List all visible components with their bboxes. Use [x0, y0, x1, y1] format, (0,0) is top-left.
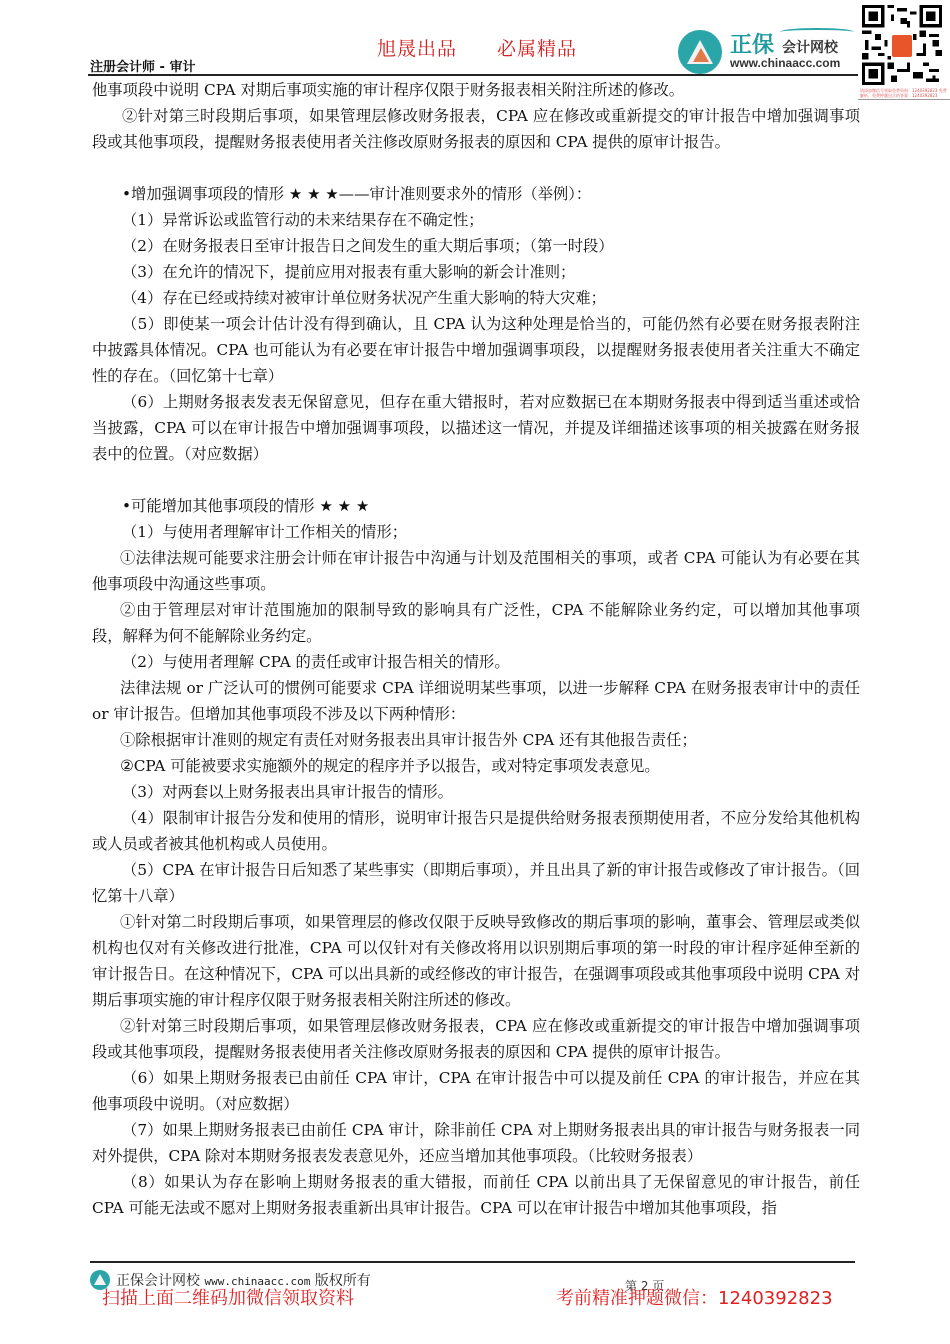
qr-code-icon[interactable]	[862, 5, 942, 85]
document-title: 注册会计师 - 审计	[90, 56, 195, 75]
list-item: （3）在允许的情况下，提前应用对报表有重大影响的新会计准则；	[92, 259, 860, 285]
footer-divider	[90, 1261, 855, 1263]
list-item: （2）在财务报表日至审计报告日之间发生的重大期后事项；（第一时段）	[92, 233, 860, 259]
list-item: （8）如果认为存在影响上期财务报表的重大错报，而前任 CPA 以前出具了无保留意…	[92, 1169, 860, 1221]
list-item: （5）CPA 在审计报告日后知悉了某些事实（即期后事项），并且出具了新的审计报告…	[92, 857, 860, 909]
list-item: ②CPA 可能被要求实施额外的规定的程序并予以报告，或对特定事项发表意见。	[92, 753, 860, 779]
list-item: （6）如果上期财务报表已由前任 CPA 审计，CPA 在审计报告中可以提及前任 …	[92, 1065, 860, 1117]
document-page: 旭晟出品 必属精品 注册会计师 - 审计 正保 会计网校 www.chinaac…	[0, 0, 950, 1344]
star-rating-icon: ★ ★ ★	[289, 185, 339, 203]
spacer	[92, 467, 860, 493]
list-item: （7）如果上期财务报表已由前任 CPA 审计，除非前任 CPA 对上期财务报表出…	[92, 1117, 860, 1169]
list-item: （4）存在已经或持续对被审计单位财务状况产生重大影响的特大灾难；	[92, 285, 860, 311]
logo-url[interactable]: www.chinaacc.com	[730, 56, 840, 70]
list-item: （4）限制审计报告分发和使用的情形，说明审计报告只是提供给财务报表预期使用者，不…	[92, 805, 860, 857]
section-heading-other-matter: •可能增加其他事项段的情形 ★ ★ ★	[92, 493, 860, 519]
list-item: （1）与使用者理解审计工作相关的情形；	[92, 519, 860, 545]
qr-center-badge	[892, 35, 912, 57]
qr-caption: 请添加微信号领取免费资料：1240392823 免费解析，免费押题包含的答案：1…	[860, 88, 948, 98]
list-item: （6）上期财务报表发表无保留意见，但存在重大错报时，若对应数据已在本期财务报表中…	[92, 389, 860, 467]
logo-emblem-icon	[678, 30, 722, 74]
list-item: ①针对第二时段期后事项，如果管理层的修改仅限于反映导致修改的期后事项的影响，董事…	[92, 909, 860, 1013]
list-item: 法律法规 or 广泛认可的惯例可能要求 CPA 详细说明某些事项，以进一步解释 …	[92, 675, 860, 727]
header-slogan-right: 必属精品	[497, 34, 577, 61]
spacer	[92, 155, 860, 181]
heading-text: •增加强调事项段的情形	[122, 185, 284, 203]
paragraph-third-period: ②针对第三时段期后事项，如果管理层修改财务报表，CPA 应在修改或重新提交的审计…	[92, 103, 860, 155]
list-item: （3）对两套以上财务报表出具审计报告的情形。	[92, 779, 860, 805]
list-item: ②由于管理层对审计范围施加的限制导致的影响具有广泛性，CPA 不能解除业务约定，…	[92, 597, 860, 649]
star-rating-icon: ★ ★ ★	[319, 497, 369, 515]
list-item: （2）与使用者理解 CPA 的责任或审计报告相关的情形。	[92, 649, 860, 675]
list-item: （1）异常诉讼或监管行动的未来结果存在不确定性；	[92, 207, 860, 233]
list-item: ②针对第三时段期后事项，如果管理层修改财务报表，CPA 应在修改或重新提交的审计…	[92, 1013, 860, 1065]
list-item: ①法律法规可能要求注册会计师在审计报告中沟通与计划及范围相关的事项，或者 CPA…	[92, 545, 860, 597]
logo-arc-decoration	[780, 28, 854, 36]
heading-text: •可能增加其他事项段的情形	[122, 497, 315, 515]
section-heading-emphasis-matter: •增加强调事项段的情形 ★ ★ ★——审计准则要求外的情形（举例）：	[92, 181, 860, 207]
heading-suffix: ——审计准则要求外的情形（举例）：	[339, 185, 591, 203]
logo-name: 正保	[730, 28, 774, 59]
paragraph-continuation: 他事项段中说明 CPA 对期后事项实施的审计程序仅限于财务报表相关附注所述的修改…	[92, 77, 860, 103]
logo-subtitle: 会计网校	[782, 37, 838, 57]
list-item: ①除根据审计准则的规定有责任对财务报表出具审计报告外 CPA 还有其他报告责任；	[92, 727, 860, 753]
document-body: 他事项段中说明 CPA 对期后事项实施的审计程序仅限于财务报表相关附注所述的修改…	[92, 77, 860, 1221]
qr-divider	[858, 99, 950, 100]
promo-text-right: 考前精准押题微信：1240392823	[556, 1284, 833, 1310]
list-item: （5）即使某一项会计估计没有得到确认，且 CPA 认为这种处理是恰当的，可能仍然…	[92, 311, 860, 389]
chinaacc-logo[interactable]: 正保 会计网校 www.chinaacc.com	[678, 28, 858, 76]
header-slogan-left: 旭晟出品	[377, 34, 457, 61]
promo-text-left: 扫描上面二维码加微信领取资料	[102, 1284, 354, 1310]
